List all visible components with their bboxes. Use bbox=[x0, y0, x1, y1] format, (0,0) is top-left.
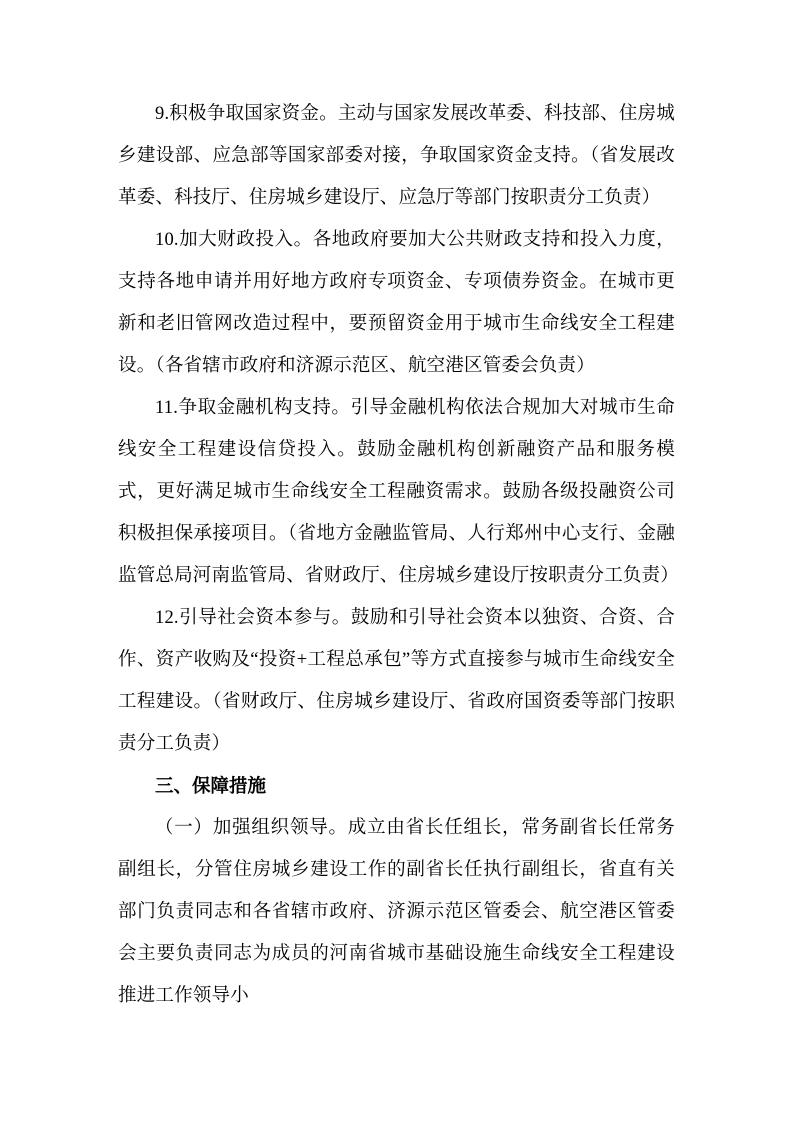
paragraph-item-9-national-funds: 9.积极争取国家资金。主动与国家发展改革委、科技部、住房城乡建设部、应急部等国家… bbox=[118, 93, 675, 219]
paragraph-item-11-financial-institution-support: 11.争取金融机构支持。引导金融机构依法合规加大对城市生命线安全工程建设信贷投入… bbox=[118, 387, 675, 597]
paragraph-item-12-social-capital: 12.引导社会资本参与。鼓励和引导社会资本以独资、合资、合作、资产收购及“投资+… bbox=[118, 597, 675, 765]
section-heading-safeguard-measures: 三、保障措施 bbox=[118, 765, 675, 807]
document-page: 9.积极争取国家资金。主动与国家发展改革委、科技部、住房城乡建设部、应急部等国家… bbox=[0, 0, 793, 1122]
document-content: 9.积极争取国家资金。主动与国家发展改革委、科技部、住房城乡建设部、应急部等国家… bbox=[118, 93, 675, 1017]
paragraph-item-10-fiscal-investment: 10.加大财政投入。各地政府要加大公共财政支持和投入力度，支持各地申请并用好地方… bbox=[118, 219, 675, 387]
paragraph-org-leadership: （一）加强组织领导。成立由省长任组长，常务副省长任常务副组长，分管住房城乡建设工… bbox=[118, 807, 675, 1017]
